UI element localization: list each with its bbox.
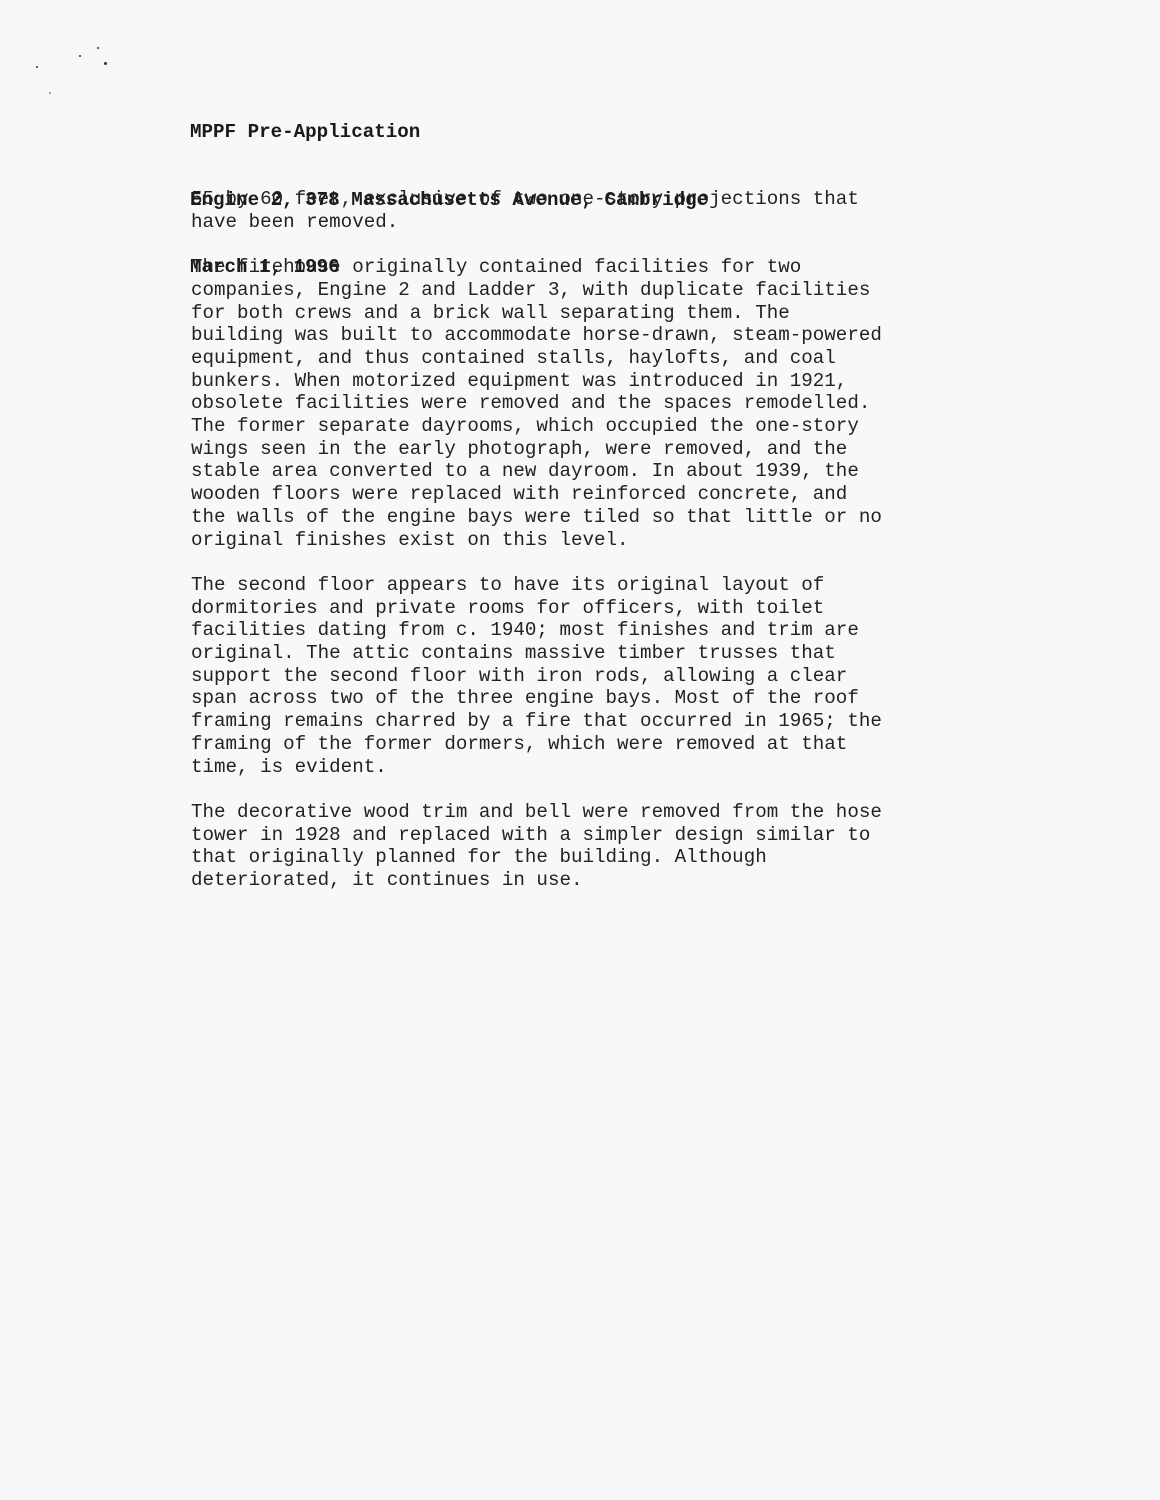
text-line: span across two of the three engine bays… — [191, 687, 1091, 710]
text-line: companies, Engine 2 and Ladder 3, with d… — [191, 279, 1091, 302]
text-line: bunkers. When motorized equipment was in… — [191, 370, 1091, 393]
text-line: The former separate dayrooms, which occu… — [191, 415, 1091, 438]
paragraph-second-floor-attic: The second floor appears to have its ori… — [191, 574, 1091, 778]
document-body: 55 by 60 feet, exclusive of two one-stor… — [191, 188, 1091, 914]
text-line: stable area converted to a new dayroom. … — [191, 460, 1091, 483]
text-line: original. The attic contains massive tim… — [191, 642, 1091, 665]
text-line: equipment, and thus contained stalls, ha… — [191, 347, 1091, 370]
paragraph-hose-tower: The decorative wood trim and bell were r… — [191, 801, 1091, 892]
text-line: facilities dating from c. 1940; most fin… — [191, 619, 1091, 642]
scan-speck — [49, 92, 51, 94]
text-line: The decorative wood trim and bell were r… — [191, 801, 1091, 824]
text-line: deteriorated, it continues in use. — [191, 869, 1091, 892]
text-line: original finishes exist on this level. — [191, 529, 1091, 552]
text-line: The firehouse originally contained facil… — [191, 256, 1091, 279]
text-line: obsolete facilities were removed and the… — [191, 392, 1091, 415]
text-line: framing of the former dormers, which wer… — [191, 733, 1091, 756]
text-line: wings seen in the early photograph, were… — [191, 438, 1091, 461]
document-page: MPPF Pre-Application Engine 2, 378 Massa… — [0, 0, 1160, 1500]
text-line: the walls of the engine bays were tiled … — [191, 506, 1091, 529]
text-line: The second floor appears to have its ori… — [191, 574, 1091, 597]
text-line: dormitories and private rooms for office… — [191, 597, 1091, 620]
text-line: support the second floor with iron rods,… — [191, 665, 1091, 688]
text-line: 55 by 60 feet, exclusive of two one-stor… — [191, 188, 1091, 211]
paragraph-first-floor-history: The firehouse originally contained facil… — [191, 256, 1091, 551]
text-line: tower in 1928 and replaced with a simple… — [191, 824, 1091, 847]
text-line: time, is evident. — [191, 756, 1091, 779]
scan-speck — [36, 66, 38, 68]
text-line: for both crews and a brick wall separati… — [191, 302, 1091, 325]
scan-speck — [79, 55, 81, 57]
text-line: framing remains charred by a fire that o… — [191, 710, 1091, 733]
text-line: wooden floors were replaced with reinfor… — [191, 483, 1091, 506]
scan-speck — [104, 62, 107, 65]
paragraph-dimensions: 55 by 60 feet, exclusive of two one-stor… — [191, 188, 1091, 233]
scan-speck — [97, 47, 99, 49]
text-line: have been removed. — [191, 211, 1091, 234]
text-line: building was built to accommodate horse-… — [191, 324, 1091, 347]
text-line: that originally planned for the building… — [191, 846, 1091, 869]
header-title: MPPF Pre-Application — [190, 121, 708, 144]
